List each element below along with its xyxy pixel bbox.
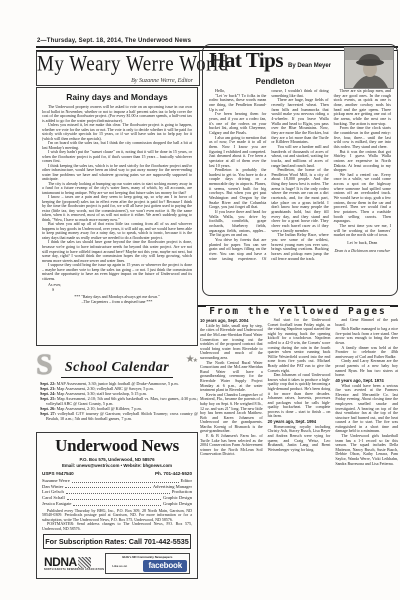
paragraph: E & B Johansen's Farm Inc. of Turtle Lak… xyxy=(200,434,263,457)
star-doodle-icon: ★★ xyxy=(186,354,196,365)
masthead-usps-row: USPS #647540 Ph. 701-442-5520 xyxy=(42,471,192,476)
subscription-rates-bar: For Subscription Rates: Call 701-442-553… xyxy=(43,534,191,549)
paragraph: I know – taxes are a pain and they seem … xyxy=(42,195,192,222)
folio-line: 2—Thursday, Sept. 18, 2014, The Underwoo… xyxy=(37,38,191,44)
paragraph: The Underwood girls basketball team has … xyxy=(335,434,398,466)
paragraph: –The Carpenters – from a despised tune *… xyxy=(42,300,192,305)
paragraph: There are huge, huge fields of recently … xyxy=(271,98,328,145)
rainy-days-headline: Rainy days and Mondays xyxy=(42,92,192,102)
pendleton-body: Hello,"Let 'er buck"? To folks in the ro… xyxy=(209,89,391,285)
school-calendar-title: School Calendar xyxy=(61,360,173,378)
paragraph: I think the sales tax should have gone b… xyxy=(42,240,192,263)
hat-tips-article: Hat Tips By Dean Meyer Pendleton Hello,"… xyxy=(202,44,398,296)
paragraph: What could have been a serious fire was … xyxy=(335,384,398,435)
paragraph: Homecoming royalty including Christy Ash… xyxy=(268,425,331,453)
paragraph: The next time you see me, I will be work… xyxy=(334,224,391,238)
school-calendar-section: S School Calendar ★★ Sept. 22: MAP Asses… xyxy=(36,352,198,421)
weary-column-byline: By Suzanne Werre, Editor xyxy=(131,78,193,84)
ndna-letters: NDNA xyxy=(44,555,77,569)
paragraph: If you leave there and head for Walla Wa… xyxy=(209,210,266,238)
paragraph: I think keeping the sales tax, which is … xyxy=(42,164,192,182)
paragraph: I've been hearing them for years, and if… xyxy=(209,112,266,135)
hat-tips-title: Hat Tips xyxy=(209,48,283,73)
rainy-days-article: Rainy days and Mondays The Underwood pro… xyxy=(36,87,198,346)
paragraph: Published every Thursday by BHG, Inc., P… xyxy=(42,509,192,523)
masthead-logos: NDNA NORTH DAKOTA NEWSPAPER ASSOCIATION … xyxy=(40,551,194,574)
ndna-wordmark: NDNA xyxy=(44,555,105,569)
paragraph: "Let 'er buck"? To folks in the rodeo bu… xyxy=(209,94,266,113)
masthead-address: P.O. Box 575, Underwood, ND 58576 xyxy=(40,457,194,462)
yellowed-pages-columns: 10 years ago, Sept. 2004Little by little… xyxy=(200,318,398,481)
paragraph: A family dinner was held at the Frontier… xyxy=(335,346,398,360)
facebook-promo-row: Like us on facebook xyxy=(108,560,187,572)
paragraph: The city is already looking at bumping u… xyxy=(42,182,192,196)
paragraph: Sad start for the Underwood Comet footba… xyxy=(268,318,331,373)
paragraph: The North Central Rural Water Consortium… xyxy=(200,361,263,393)
paragraph: Cindy and Larry Kerzman are the proud pa… xyxy=(335,359,398,377)
school-letter-graphic: S xyxy=(36,348,53,382)
weary-column-masthead: My Weary Werre World By Suzanne Werre, E… xyxy=(36,51,200,86)
calendar-entry: Sept. 25: Map Assessment, 2:10; 5th and … xyxy=(36,396,198,406)
yellowed-col-1: 10 years ago, Sept. 2004Little by little… xyxy=(200,318,263,481)
ndna-halftone-icon xyxy=(78,557,91,568)
staff-list: Suzanne WerreEditorDan WinterAdvertising… xyxy=(42,478,192,507)
paragraph: We had a rented car. Every once in a whi… xyxy=(334,173,391,224)
paragraph: I wish they hadn't put the "sunset claus… xyxy=(42,150,192,164)
yellowed-pages-header: From the Yellowed Pages xyxy=(198,301,398,313)
yellowed-col-3: and Gene Rimmel of the park board.Rich R… xyxy=(335,318,398,481)
paragraph: But when you add up all of that extra li… xyxy=(42,222,192,240)
pendleton-headline: Pendleton xyxy=(209,77,341,86)
masthead-fine-print: Published every Thursday by BHG, Inc., P… xyxy=(42,509,192,532)
masthead-title: Underwood News xyxy=(40,436,194,456)
facebook-promo-caption: BHG's ND Community Newspapers xyxy=(108,555,187,559)
yellowed-pages-title: From the Yellowed Pages xyxy=(206,306,390,317)
paragraph: Let 'er buck, Dean xyxy=(334,241,391,246)
staff-row: Jessica EastgateGraphic Design xyxy=(42,501,192,507)
school-calendar-header: S School Calendar ★★ xyxy=(36,352,198,378)
hat-tips-byline: By Dean Meyer xyxy=(288,63,331,69)
paragraph: Rich Radke managed to bag a nice five-po… xyxy=(335,327,398,345)
underwood-news-masthead: Underwood News P.O. Box 575, Underwood, … xyxy=(36,432,198,579)
yellowed-col-2: Sad start for the Underwood Comet footba… xyxy=(268,318,331,481)
paragraph: S xyxy=(42,288,192,293)
school-calendar-entries: Sept. 22: MAP Assessment, 3:30; junior h… xyxy=(36,381,198,421)
paragraph: Unless you missed it, let me make this c… xyxy=(42,123,192,141)
like-us-label: Like us on xyxy=(108,564,132,568)
paragraph: Dan Johansen of rural Underwood knows wh… xyxy=(268,373,331,419)
paragraph: From the time the clock starts the count… xyxy=(334,126,391,149)
ndna-caption: NORTH DAKOTA NEWSPAPER ASSOCIATION xyxy=(44,569,105,571)
rainy-days-body: The Underwood property owners will be as… xyxy=(42,105,192,304)
facebook-promo-box: BHG's ND Community Newspapers Like us on… xyxy=(105,553,190,574)
masthead-contact: Email: unews@westriv.com • Website: bhgn… xyxy=(40,463,194,468)
ndna-logo: NDNA NORTH DAKOTA NEWSPAPER ASSOCIATION xyxy=(44,555,105,571)
paragraph: Pendleton is probably the hardest to get… xyxy=(209,168,266,210)
paragraph: Pendleton, the home of the Pendleton Woo… xyxy=(271,168,328,233)
facebook-logo: facebook xyxy=(143,560,187,572)
paragraph: There are six pickup men, and they are g… xyxy=(334,89,391,126)
paragraph: Dean is a Dickinson area rancher xyxy=(334,249,391,254)
paragraph: The Indian Relay Race, where you see som… xyxy=(271,233,328,261)
paragraph: I also am going to mention that as of no… xyxy=(209,136,266,169)
masthead-phone: Ph. 701-442-5520 xyxy=(155,471,192,476)
usps-number: USPS #647540 xyxy=(42,471,74,476)
weary-column-title: My Weary Werre World xyxy=(37,52,199,77)
paragraph: The Underwood property owners will be as… xyxy=(42,105,192,123)
paragraph: Kevin and Chandra Longnecker of Montreal… xyxy=(200,393,263,434)
paragraph: Little by little, small step by step, th… xyxy=(200,324,263,361)
paragraph: But it was the onions that got Shirley. … xyxy=(334,150,391,173)
paragraph: I suppose they could bring the issue up … xyxy=(42,263,192,281)
newspaper-page: 2—Thursday, Sept. 18, 2014, The Underwoo… xyxy=(0,0,400,600)
calendar-entry: Sept. 27: volleyball C/JV tourney @ Garr… xyxy=(36,411,198,421)
paragraph: POSTMASTER: Send address changes to The … xyxy=(42,522,192,531)
columnist-photo xyxy=(344,47,394,89)
paragraph: You will see a lumber mill and hundreds … xyxy=(271,145,328,168)
